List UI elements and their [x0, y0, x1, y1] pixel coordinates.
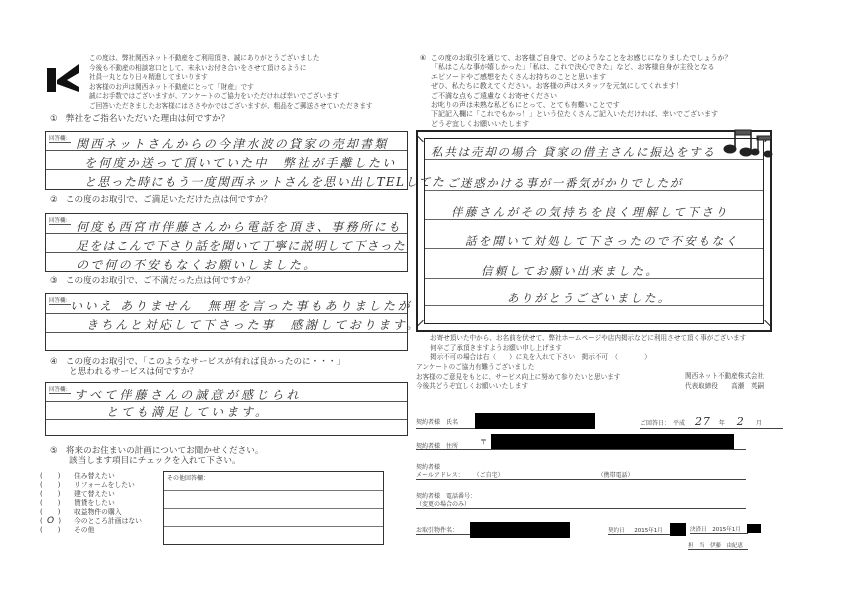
email-home: （ご自宅）: [474, 472, 504, 479]
q6-line: 「私はこんな事が嬉しかった」「私は、これで決心できた」など、お客様自身が主役とな…: [420, 63, 731, 72]
option-label: 賃貸をしたい: [74, 499, 115, 507]
q6-line: この度のお取引を通じて、お客様ご自身で、どのようなことをお感じになりましたでしょ…: [431, 54, 732, 62]
question-number: ⑤: [50, 446, 58, 456]
settlement-date-value: 2015年1月: [712, 527, 741, 533]
intro-line: 社員一丸となり日々精進してまいります: [89, 73, 373, 83]
option-label: その他: [74, 526, 94, 534]
q6-answer-frame[interactable]: 私共は売却の場合 貸家の借主さんに振込をする ご迷惑かける事が一番気がかりでした…: [416, 130, 772, 332]
answer-year: 27: [695, 415, 711, 428]
other-answer-box[interactable]: その他回答欄：: [163, 471, 384, 545]
checkbox-option[interactable]: ( )建て替えたい: [40, 490, 115, 499]
email-mobile: （携帯電話）: [598, 472, 634, 479]
publish-line: お寄せ頂いた中から、お名前を伏せて、弊社ホームページや店内掲示などに利用させて頂…: [430, 334, 746, 344]
intro-line: この度は、弊社関西ネット不動産をご利用頂き、誠にありがとうございました: [89, 54, 373, 64]
handwritten-answer: 関西ネットさんからの今津水波の貸家の売却書類: [76, 135, 388, 152]
handwritten-answer: きちんと対応して下さった事 感謝しております。: [86, 316, 421, 333]
handwritten-answer: いいえ ありません 無理を言った事もありましたが: [70, 297, 412, 314]
answer-label: 回答欄：: [49, 134, 71, 143]
email-label-2: メールアドレス：: [416, 472, 464, 479]
other-answer-label: その他回答欄：: [167, 473, 209, 482]
redacted-property: [470, 522, 570, 538]
handwritten-answer: 話を聞いて対処して下さったので不安もなく: [465, 233, 739, 249]
handwritten-answer: とても満足しています。: [106, 403, 270, 420]
question-text-continued: 該当します項目にチェックを入れて下さい。: [69, 456, 241, 467]
postal-mark: 〒: [480, 437, 487, 447]
answer-label: 回答欄：: [49, 296, 71, 305]
email-field[interactable]: メールアドレス： （ご自宅） （携帯電話）: [416, 470, 746, 480]
redacted-address: [491, 434, 734, 449]
handwritten-answer: 信頼してお願い出来ました。: [481, 263, 659, 279]
answer-date-label: ご回答日： 平成: [640, 420, 685, 427]
checkbox-option[interactable]: ( )住み替えたい: [40, 472, 115, 481]
question-text: この度のお取引で、ご不満だった点は何ですか？: [66, 276, 255, 286]
option-label: リフォームをしたい: [74, 481, 135, 489]
company-representative: 代表取締役 高瀬 英嗣: [685, 382, 764, 392]
address-label: 契約者様 住所: [416, 443, 458, 450]
question-number: ①: [50, 114, 58, 124]
thanks-line: 今後共どうぞ宜しくお願いいたします: [416, 382, 620, 392]
contract-date-label: 契約日: [608, 528, 625, 534]
intro-line: 今後も不動産の相談窓口として、末永いお付き合いをさせて頂けるように: [89, 64, 373, 74]
publish-opt-out[interactable]: 掲示不可の場合は右（ ）に丸を入れて下さい 掲示不可 （ ）: [430, 353, 746, 363]
phone-field[interactable]: （変更の場合のみ）: [416, 499, 746, 509]
q6-answer-area: 私共は売却の場合 貸家の借主さんに振込をする ご迷惑かける事が一番気がかりでした…: [424, 138, 764, 324]
intro-line: お客様のお声は関西ネット不動産にとって「財産」です: [89, 83, 373, 93]
redacted-name: [475, 413, 595, 429]
handwritten-answer: 伴藤さんがその気持ちを良く理解して下さり: [451, 204, 729, 220]
handwritten-answer: を何度か送って頂いていた中 弊社が手離したい: [84, 154, 396, 171]
handwritten-answer: ご迷惑かける事が一番気がかりでしたが: [447, 175, 683, 191]
intro-line: ご回答いただきましたお客様にはささやかではございますが、粗品をご郵送させていただ…: [89, 102, 373, 112]
publish-notice: お寄せ頂いた中から、お名前を伏せて、弊社ホームページや店内掲示などに利用させて頂…: [430, 334, 746, 363]
intro-line: 誠にお手数ではございますが、アンケートのご協力をいただければ幸いでございます: [89, 92, 373, 102]
company-logo-icon: [47, 62, 81, 92]
question-text: 弊社をご指名いただいた理由は何ですか？: [66, 114, 229, 124]
handwritten-answer: と思った時にもう一度関西ネットさんを思い出しTELしてた: [84, 173, 445, 190]
answer-label: 回答欄：: [49, 216, 71, 225]
answer-label: 回答欄：: [49, 385, 71, 394]
question-number: ④: [50, 357, 58, 367]
contract-date-value: 2015年1月: [634, 528, 663, 534]
option-label: 建て替えたい: [74, 490, 115, 498]
checkbox-option[interactable]: ( )リフォームをしたい: [40, 481, 135, 490]
thanks-line: アンケートのご協力有難うございました: [416, 363, 620, 373]
company-info: 関西ネット不動産株式会社 代表取締役 高瀬 英嗣: [685, 372, 764, 391]
question-2: ② この度のお取引で、ご満足いただけた点は何ですか？: [50, 195, 272, 206]
question-text: この度のお取引で、ご満足いただけた点は何ですか？: [66, 195, 272, 205]
answer-box-3[interactable]: 回答欄： いいえ ありません 無理を言った事もありましたが きちんと対応して下さ…: [45, 293, 408, 351]
answer-box-4[interactable]: 回答欄： すべて伴藤さんの誠意が感じられ とても満足しています。: [45, 382, 408, 436]
q6-line: 下記記入欄に「これでもかっ！」という位たくさんご記入いただければ、幸いでございま…: [420, 110, 731, 119]
checkbox-option-checked[interactable]: ( O )今のところ計画はない: [40, 517, 142, 526]
property-label: お取引物件名：: [416, 527, 458, 534]
q6-line: ぜひ、私たちに教えてください。お客様の声はスタッフを元気にしてくれます！: [420, 82, 731, 91]
answer-box-1[interactable]: 回答欄： 関西ネットさんからの今津水波の貸家の売却書類 を何度か送って頂いていた…: [45, 131, 408, 190]
q6-line: どうぞ宜しくお願いいたします: [420, 120, 731, 129]
staff-field: 担 当 伊藤 由紀恵: [688, 541, 748, 550]
contract-date-field[interactable]: 契約日 2015年1月: [608, 526, 676, 535]
option-label: 今のところ計画はない: [74, 517, 142, 525]
intro-text: この度は、弊社関西ネット不動産をご利用頂き、誠にありがとうございました 今後も不…: [89, 54, 373, 112]
settlement-date-label: 決済日: [690, 527, 707, 533]
option-label: 住み替えたい: [74, 472, 115, 480]
q6-line: エピソードやご感想をたくさんお持ちのことと思います: [420, 73, 731, 82]
handwritten-answer: ありがとうございました。: [507, 290, 671, 306]
answer-date-field[interactable]: ご回答日： 平成 27 年 2 月: [640, 415, 783, 429]
question-text: 将来のお住まいの計画についてお聞かせください。: [66, 446, 264, 456]
year-unit: 年: [719, 420, 725, 427]
question-number: ②: [50, 195, 58, 205]
music-notes-icon: [722, 128, 774, 158]
q6-instructions: ⑥ この度のお取引を通じて、お客様ご自身で、どのようなことをお感じになりましたで…: [420, 54, 731, 129]
handwritten-answer: 足をはこんで下さり話を聞いて丁寧に説明して下さった: [76, 237, 406, 254]
handwritten-answer: 何度も西宮市伴藤さんから電話を頂き、事務所にも: [76, 218, 402, 235]
question-number: ③: [50, 276, 58, 286]
checkbox-option[interactable]: ( )賃貸をしたい: [40, 499, 115, 508]
checkbox-option[interactable]: ( )その他: [40, 526, 94, 535]
handwritten-answer: ので何の不安もなくお願いしました。: [76, 256, 317, 273]
company-name: 関西ネット不動産株式会社: [685, 372, 764, 382]
option-label: 収益物件の購入: [74, 508, 122, 516]
question-3: ③ この度のお取引で、ご不満だった点は何ですか？: [50, 276, 255, 287]
month-unit: 月: [756, 420, 762, 427]
question-text-continued: と思われるサービスは何ですか？: [69, 367, 198, 378]
answer-box-2[interactable]: 回答欄： 何度も西宮市伴藤さんから電話を頂き、事務所にも 足をはこんで下さり話を…: [45, 213, 408, 272]
handwritten-answer: すべて伴藤さんの誠意が感じられ: [74, 386, 302, 403]
publish-line: 何卒ご了承頂きますようお願い申し上げます: [430, 344, 746, 354]
question-1: ① 弊社をご指名いただいた理由は何ですか？: [50, 114, 229, 125]
answer-month: 2: [737, 415, 746, 428]
question-number: ⑥: [420, 54, 426, 62]
redacted-settlement-day: [747, 524, 761, 533]
thanks-text: アンケートのご協力有難うございました お客様のご意見をもとに、サービス向上に努め…: [416, 363, 620, 392]
phone-label-2: （変更の場合のみ）: [416, 501, 470, 508]
redacted-contract-day: [670, 523, 686, 536]
settlement-date-field[interactable]: 決済日 2015年1月: [690, 525, 748, 534]
staff-name: 担 当 伊藤 由紀恵: [688, 543, 743, 549]
question-text: この度のお取引で、「このようなサービスが有れば良かったのに・・・」: [66, 357, 345, 367]
thanks-line: お客様のご意見をもとに、サービス向上に努めて参りたいと思います: [416, 373, 620, 383]
handwritten-answer: 私共は売却の場合 貸家の借主さんに振込をする: [431, 144, 716, 160]
name-label: 契約者様 氏名: [416, 419, 458, 426]
q6-line: ご不満な点もご遠慮なくお寄せください: [420, 92, 731, 101]
